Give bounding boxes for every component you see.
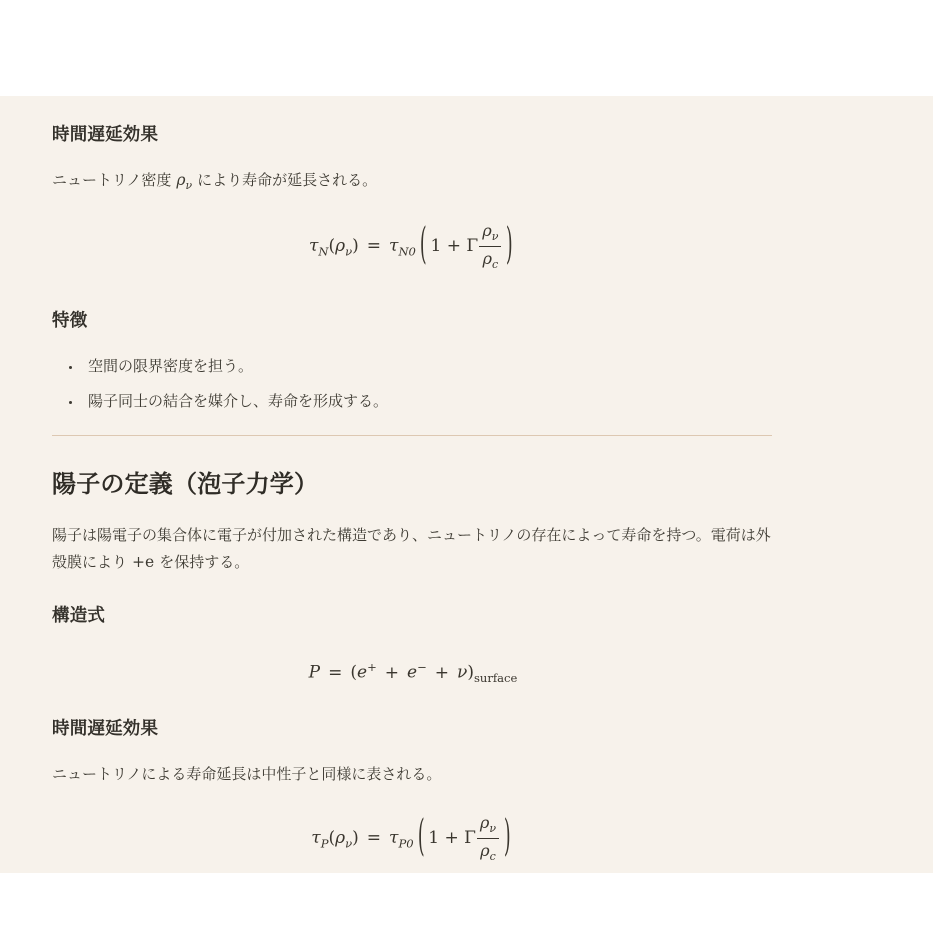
math-token: τ — [311, 828, 320, 848]
features-list: 空間の限界密度を担う。 陽子同士の結合を媒介し、寿命を形成する。 — [52, 355, 774, 416]
list-item: 陽子同士の結合を媒介し、寿命を形成する。 — [82, 390, 774, 415]
math-token: 1 + Γ — [431, 236, 479, 256]
math-token: ν — [457, 663, 467, 683]
heading-structure: 構造式 — [52, 605, 774, 626]
heading-proton-definition: 陽子の定義（泡子力学） — [52, 470, 774, 500]
math-token: ρ — [480, 813, 490, 832]
big-paren-left: ( — [418, 817, 425, 860]
math-fraction: ρνρc — [479, 221, 501, 272]
math-subscript: N0 — [398, 244, 415, 258]
math-token: ) — [352, 236, 359, 256]
paragraph-proton-definition: 陽子は陽電子の集合体に電子が付加された構造であり、ニュートリノの存在によって寿命… — [52, 522, 774, 577]
equals-sign: = — [367, 236, 381, 256]
math-superscript: − — [417, 660, 427, 674]
fraction-denominator: ρc — [479, 247, 501, 272]
fraction-numerator: ρν — [477, 813, 499, 839]
math-token: ρ — [480, 841, 490, 860]
equals-sign: = — [328, 663, 342, 683]
math-token: ) — [467, 663, 474, 683]
paragraph-neutrino-density: ニュートリノ密度ρνにより寿命が延長される。 — [52, 167, 774, 196]
math-subscript: ν — [489, 822, 496, 835]
math-token: 1 + Γ — [428, 828, 476, 848]
math-token: e — [407, 663, 417, 683]
heading-time-delay-1: 時間遅延効果 — [52, 124, 774, 145]
fraction-numerator: ρν — [479, 221, 501, 247]
formula-neutron-lifetime: τN(ρν)=τN0(1 + Γρνρc) — [52, 216, 774, 276]
fraction-denominator: ρc — [477, 839, 499, 864]
formula-proton-lifetime: τP(ρν)=τP0(1 + Γρνρc) — [52, 808, 774, 868]
math-token: ρ — [482, 221, 492, 240]
math-subscript: N — [318, 244, 328, 258]
math-subscript: ν — [492, 230, 499, 243]
math-token: ρ — [176, 171, 185, 189]
math-token: + — [435, 663, 449, 683]
math-token: ρ — [335, 236, 345, 256]
math-token: e — [357, 663, 367, 683]
paragraph-text: を保持する。 — [159, 554, 249, 571]
heading-features: 特徴 — [52, 310, 774, 331]
document-article: 時間遅延効果 ニュートリノ密度ρνにより寿命が延長される。 τN(ρν)=τN0… — [52, 96, 774, 868]
big-paren-right: ) — [504, 817, 511, 860]
math-subscript: surface — [474, 671, 517, 685]
paragraph-proton-lifetime: ニュートリノによる寿命延長は中性子と同様に表される。 — [52, 761, 774, 788]
math-token: ( — [350, 663, 357, 683]
math-subscript: c — [490, 850, 496, 863]
section-divider — [52, 435, 772, 436]
math-superscript: + — [367, 660, 377, 674]
big-paren-left: ( — [420, 224, 427, 267]
content-band: 時間遅延効果 ニュートリノ密度ρνにより寿命が延長される。 τN(ρν)=τN0… — [0, 96, 933, 873]
math-token: ρ — [482, 249, 492, 268]
math-subscript: c — [492, 258, 498, 271]
math-token: + — [385, 663, 399, 683]
heading-time-delay-2: 時間遅延効果 — [52, 718, 774, 739]
paragraph-text: ニュートリノ密度 — [52, 172, 171, 189]
inline-math-charge: +e — [132, 553, 154, 571]
inline-math-rho-nu: ρν — [176, 171, 192, 189]
math-token: ρ — [335, 828, 345, 848]
math-subscript: P0 — [398, 836, 413, 850]
math-token: ) — [352, 828, 359, 848]
equals-sign: = — [367, 828, 381, 848]
math-token: τ — [309, 236, 318, 256]
list-item: 空間の限界密度を担う。 — [82, 355, 774, 380]
math-token: P — [309, 663, 320, 683]
big-paren-right: ) — [506, 224, 513, 267]
paragraph-text: により寿命が延長される。 — [197, 172, 377, 189]
formula-proton-structure: P=(e++e−+ν)surface — [52, 652, 774, 682]
math-subscript: ν — [186, 179, 193, 192]
math-fraction: ρνρc — [477, 813, 499, 864]
